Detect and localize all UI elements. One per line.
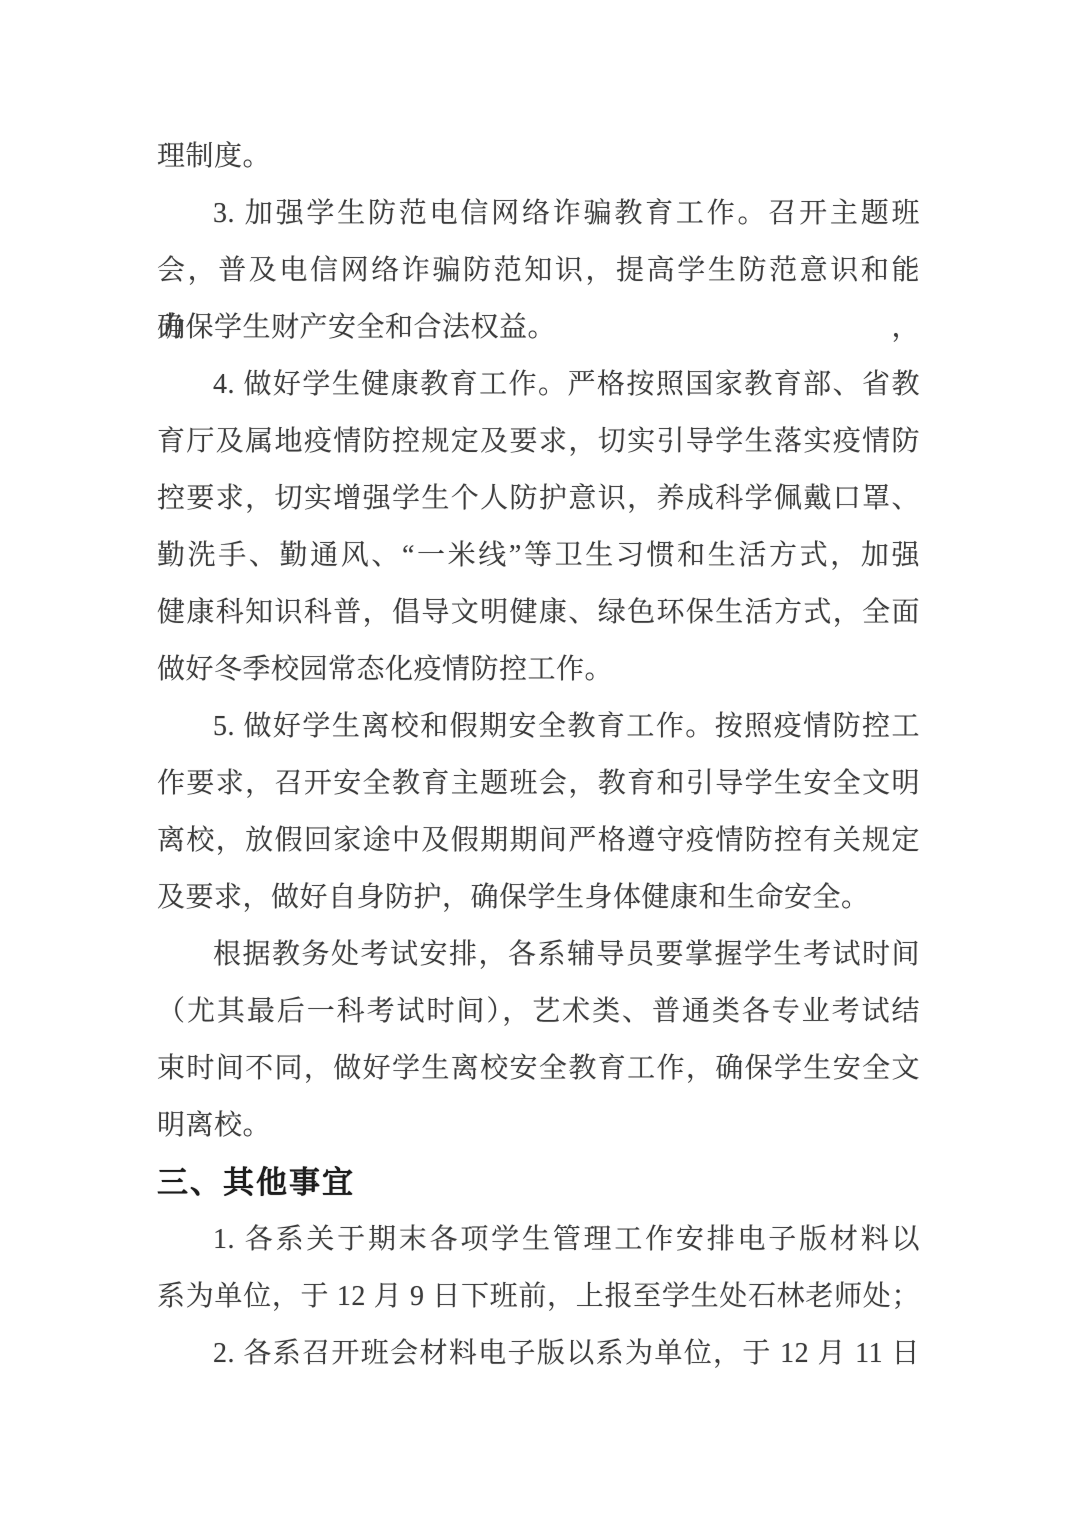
- text-line: 离校，放假回家途中及假期期间严格遵守疫情防控有关规定: [157, 812, 920, 869]
- text-line: 控要求，切实增强学生个人防护意识，养成科学佩戴口罩、: [157, 470, 920, 527]
- text-line: 育厅及属地疫情防控规定及要求，切实引导学生落实疫情防: [157, 413, 920, 470]
- text-line: 及要求，做好自身防护，确保学生身体健康和生命安全。: [157, 869, 920, 926]
- text-line: 勤洗手、勤通风、“一米线”等卫生习惯和生活方式，加强: [157, 527, 920, 584]
- section-heading-other-matters: 三、其他事宜: [157, 1154, 920, 1211]
- document-page: 理制度。 3. 加强学生防范电信网络诈骗教育工作。召开主题班 会，普及电信网络诈…: [0, 0, 1080, 1526]
- exam-paragraph-start-line: 根据教务处考试安排，各系辅导员要掌握学生考试时间: [157, 926, 920, 983]
- document-text-block: 理制度。 3. 加强学生防范电信网络诈骗教育工作。召开主题班 会，普及电信网络诈…: [157, 128, 920, 1382]
- text-line: 系为单位，于 12 月 9 日下班前，上报至学生处石林老师处；: [157, 1268, 920, 1325]
- text-line: 明离校。: [157, 1097, 920, 1154]
- paragraph-4-start-line: 4. 做好学生健康教育工作。严格按照国家教育部、省教: [157, 356, 920, 413]
- paragraph-5-start-line: 5. 做好学生离校和假期安全教育工作。按照疫情防控工: [157, 698, 920, 755]
- text-line: 作要求，召开安全教育主题班会，教育和引导学生安全文明: [157, 755, 920, 812]
- text-line: （尤其最后一科考试时间），艺术类、普通类各专业考试结: [157, 983, 920, 1040]
- text-line: 束时间不同，做好学生离校安全教育工作，确保学生安全文: [157, 1040, 920, 1097]
- paragraph-3-start-line: 3. 加强学生防范电信网络诈骗教育工作。召开主题班: [157, 185, 920, 242]
- item-2-start-line: 2. 各系召开班会材料电子版以系为单位，于 12 月 11 日: [157, 1325, 920, 1382]
- text-line: 理制度。: [157, 128, 920, 185]
- item-1-start-line: 1. 各系关于期末各项学生管理工作安排电子版材料以: [157, 1211, 920, 1268]
- text-line: 做好冬季校园常态化疫情防控工作。: [157, 641, 920, 698]
- text-line: 会，普及电信网络诈骗防范知识，提高学生防范意识和能力，: [157, 242, 920, 299]
- text-line: 健康科知识科普，倡导文明健康、绿色环保生活方式，全面: [157, 584, 920, 641]
